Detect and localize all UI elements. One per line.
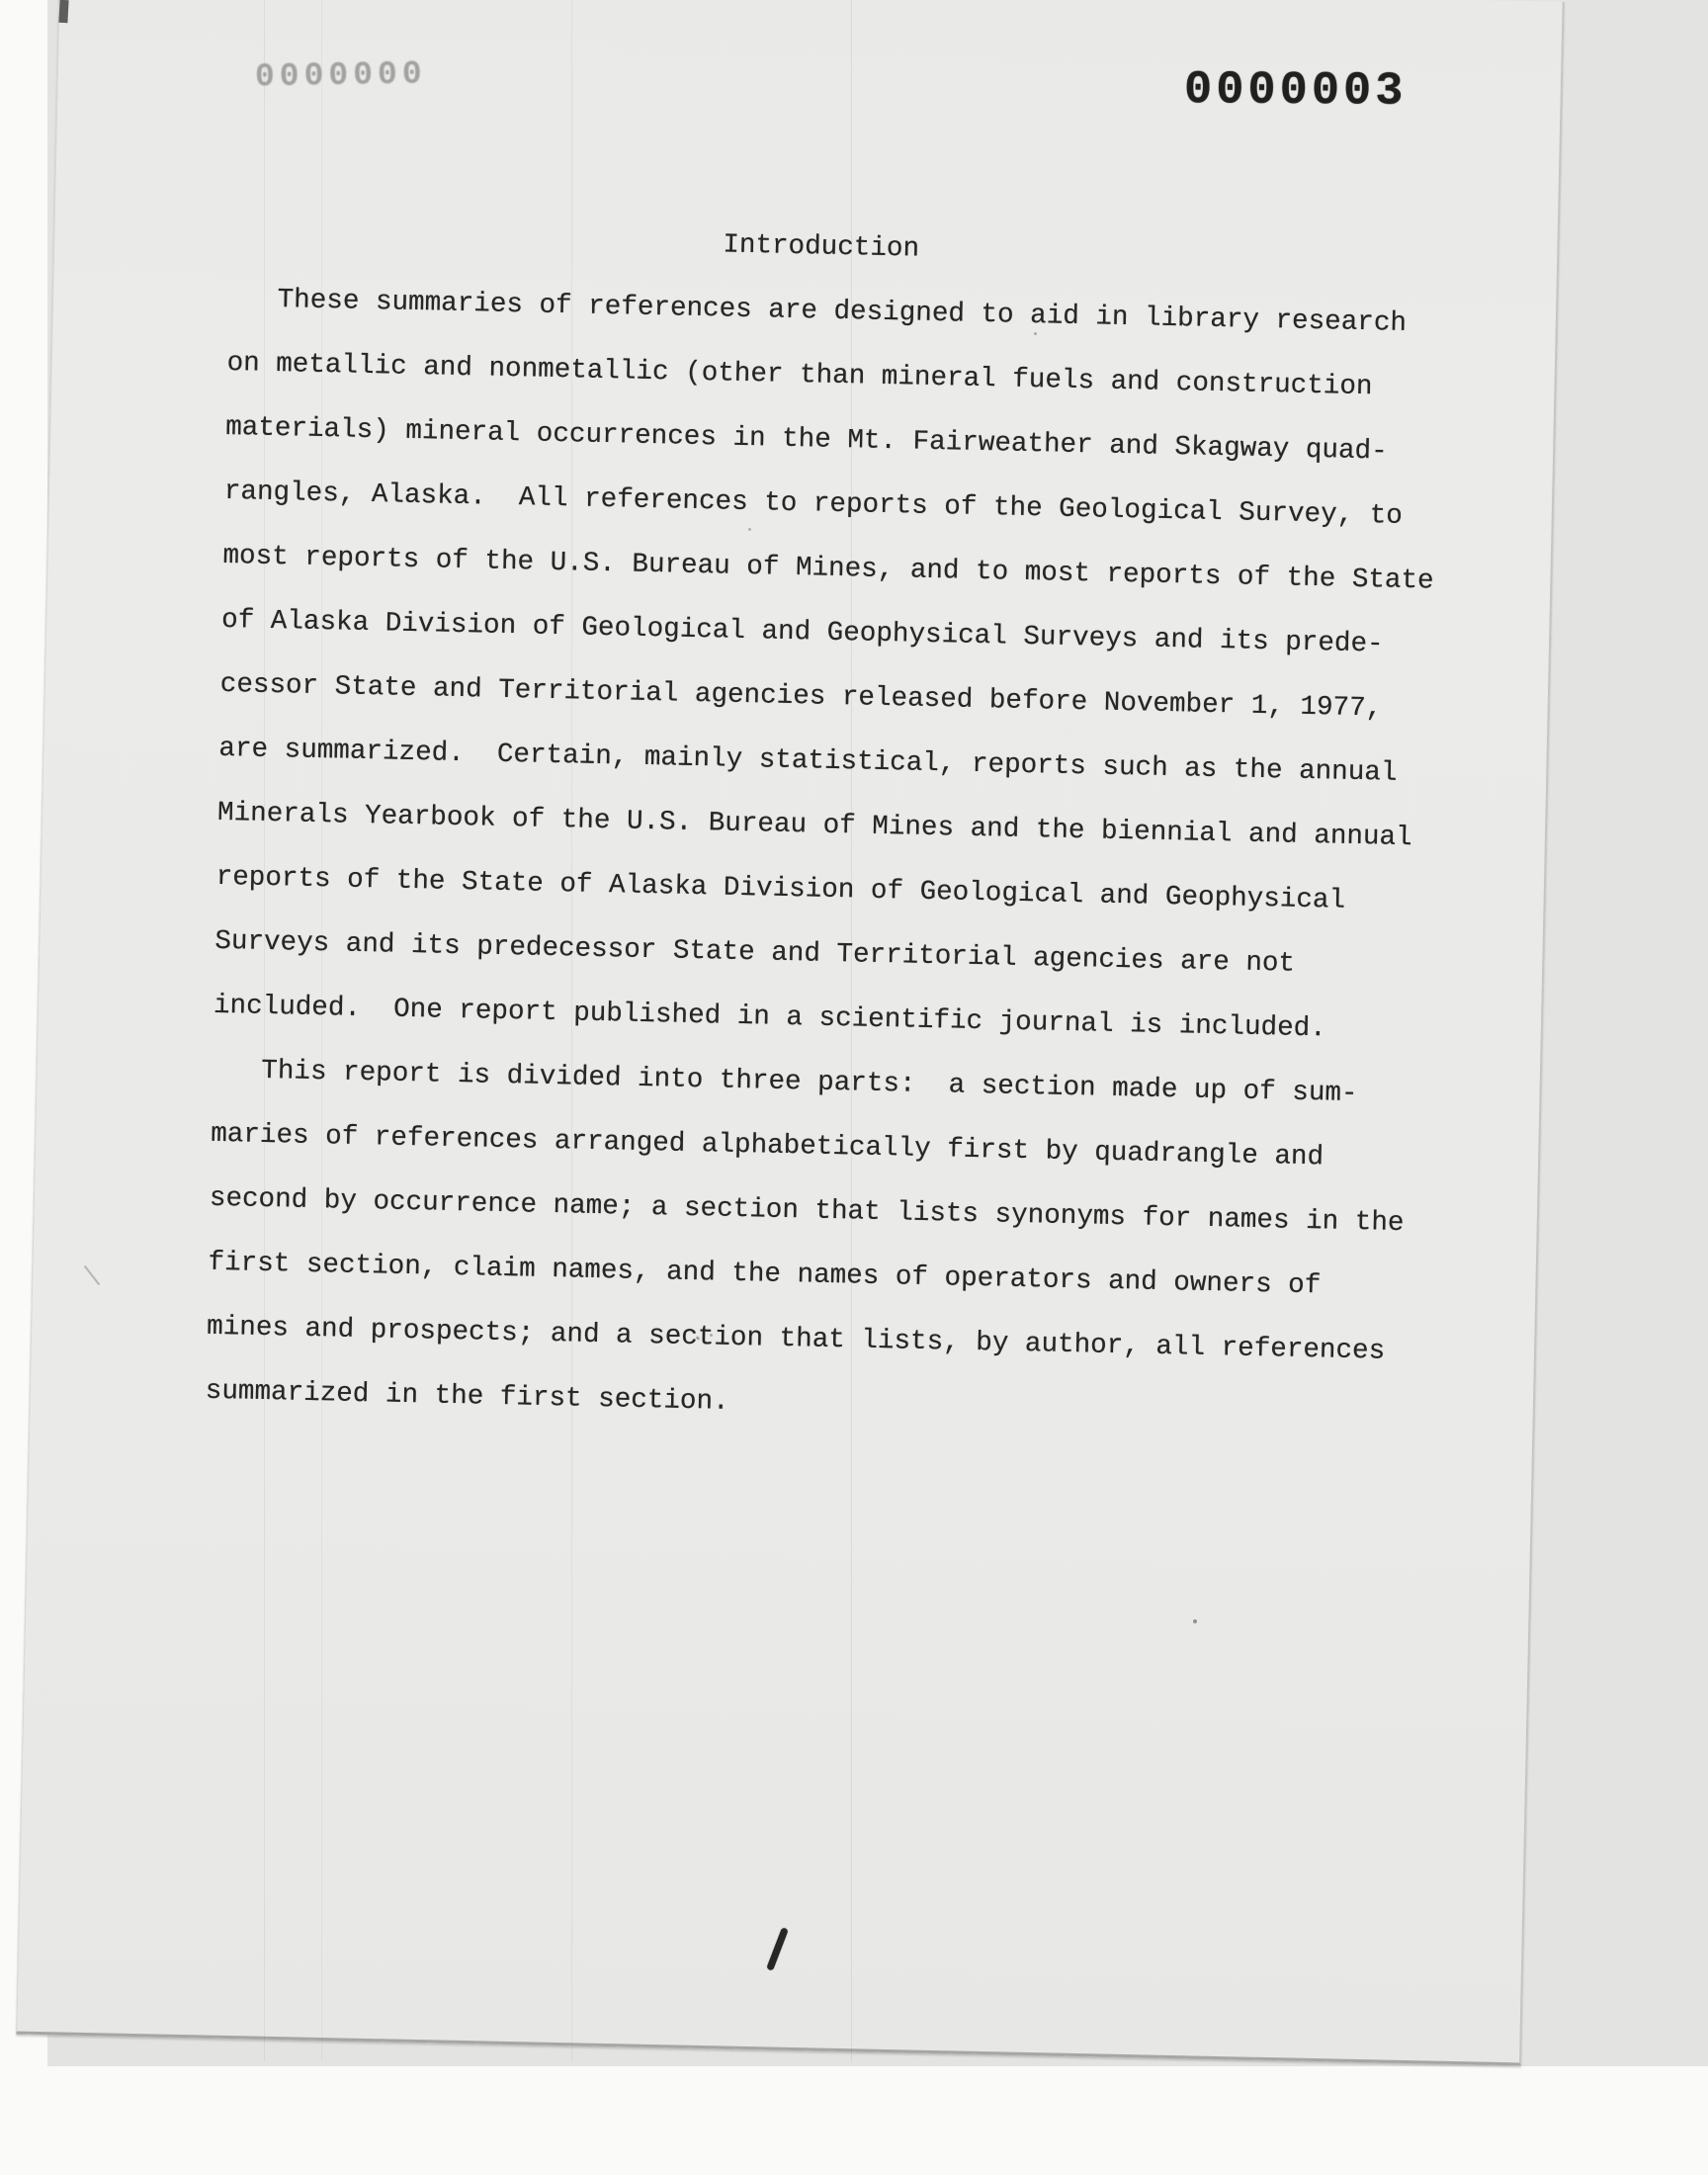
scanned-document-page: 0000000 0000003 Introduction These summa…: [0, 0, 1708, 2175]
scan-corner-mark: [58, 0, 68, 23]
stamp-top-left: 0000000: [255, 55, 427, 95]
scan-speck: [710, 1334, 713, 1337]
typewritten-text: Introduction These summaries of referenc…: [205, 203, 1468, 1449]
stamp-top-right: 0000003: [1184, 64, 1408, 119]
scan-speck: [1193, 1619, 1197, 1623]
scan-speck: [748, 528, 751, 531]
scan-speck: [1034, 332, 1037, 335]
